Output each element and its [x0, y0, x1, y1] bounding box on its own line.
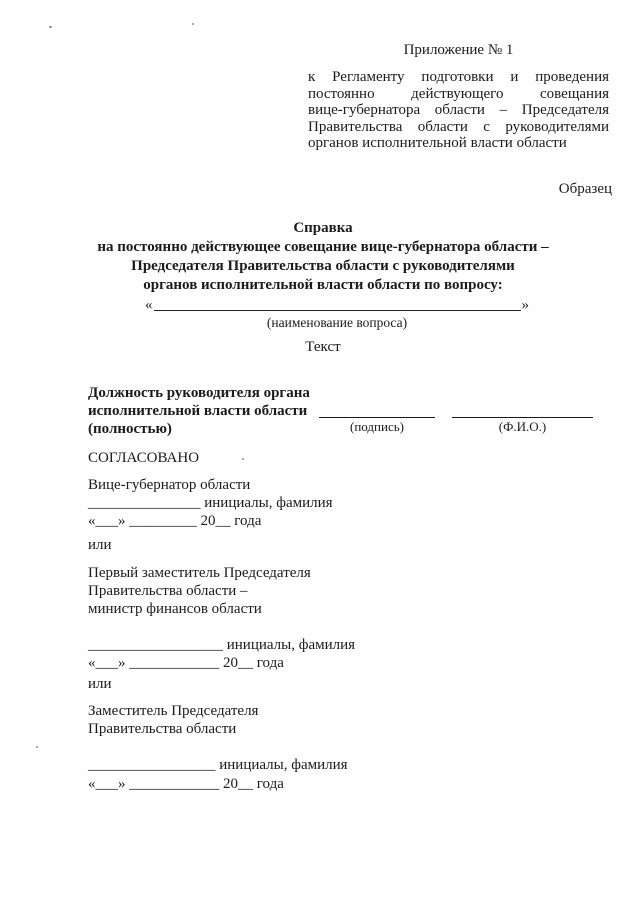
close-quote: »: [522, 298, 530, 313]
question-blank-line: « »: [145, 295, 529, 313]
approver-title: Заместитель Председателя: [88, 702, 348, 720]
document-title-heading: Справка: [88, 219, 558, 238]
approver-name-line: _______________ инициалы, фамилия: [88, 494, 333, 512]
body-placeholder: Текст: [88, 339, 558, 356]
appendix-paragraph-line: к Регламенту подготовки и проведения: [308, 69, 609, 85]
approver-date-line: «___» ____________ 20__ года: [88, 775, 348, 793]
question-underline: [154, 310, 521, 311]
scan-speck: [36, 746, 38, 748]
scan-speck: [242, 458, 244, 460]
document-title-line: Председателя Правительства области с рук…: [88, 257, 558, 276]
question-caption: (наименование вопроса): [145, 315, 529, 330]
approver-title: Правительства области –: [88, 582, 355, 600]
approver-date-line: «___» ____________ 20__ года: [88, 654, 355, 672]
approver-name-line: __________________ инициалы, фамилия: [88, 636, 355, 654]
position-line: Должность руководителя органа: [88, 384, 618, 402]
open-quote: «: [145, 298, 153, 313]
fio-field: (Ф.И.О.): [452, 402, 593, 434]
or-label: или: [88, 537, 112, 554]
appendix-header: Приложение № 1 к Регламенту подготовки и…: [308, 42, 609, 151]
spacer: [88, 619, 355, 636]
scan-speck: [192, 23, 194, 25]
approver-title: министр финансов области: [88, 600, 355, 618]
appendix-number: Приложение № 1: [308, 42, 609, 58]
approver-title: Правительства области: [88, 720, 348, 738]
document-title-line: на постоянно действующее совещание вице-…: [88, 238, 558, 257]
signature-caption: (подпись): [319, 418, 435, 434]
appendix-paragraph-line: постоянно действующего совещания: [308, 86, 609, 102]
signature-block: Должность руководителя органа исполнител…: [88, 384, 618, 439]
fio-caption: (Ф.И.О.): [452, 418, 593, 434]
spacer: [88, 738, 348, 756]
approver-title: Первый заместитель Председателя: [88, 564, 355, 582]
approver-name-line: _________________ инициалы, фамилия: [88, 756, 348, 774]
appendix-paragraph-line: вице-губернатора области – Председателя: [308, 102, 609, 118]
appendix-paragraph-line: органов исполнительной власти области: [308, 135, 609, 151]
approver-block-vice-governor: Вице-губернатор области _______________ …: [88, 476, 333, 531]
signature-underline: [319, 404, 435, 418]
scan-speck: [49, 26, 52, 28]
approver-date-line: «___» _________ 20__ года: [88, 512, 333, 530]
approver-title: Вице-губернатор области: [88, 476, 333, 494]
sample-label: Образец: [559, 181, 612, 198]
approver-block-first-deputy: Первый заместитель Председателя Правител…: [88, 564, 355, 672]
signature-field: (подпись): [319, 404, 435, 434]
document-title-line: органов исполнительной власти области по…: [88, 276, 558, 295]
agreed-label: СОГЛАСОВАНО: [88, 450, 199, 467]
approver-block-deputy: Заместитель Председателя Правительства о…: [88, 702, 348, 793]
or-label: или: [88, 676, 112, 693]
document-page: Приложение № 1 к Регламенту подготовки и…: [0, 0, 640, 905]
appendix-paragraph-line: Правительства области с руководителями: [308, 119, 609, 135]
fio-underline: [452, 402, 593, 418]
document-title-block: Справка на постоянно действующее совещан…: [88, 219, 558, 330]
